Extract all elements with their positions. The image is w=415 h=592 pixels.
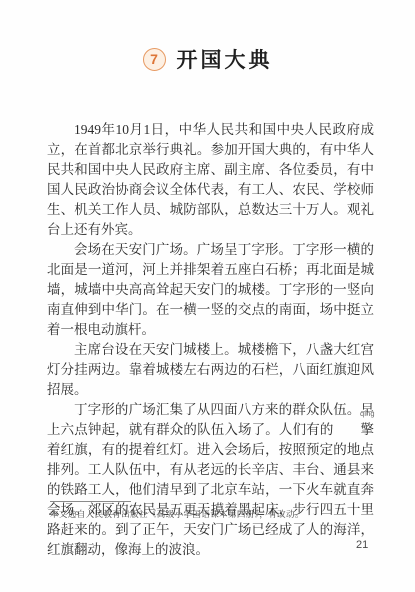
footnote-text: 本文选自人民教育出版社《高级小学国语课本第四册》，有改动。 <box>50 508 370 520</box>
ruby-annotated-char: qíng擎 <box>334 420 375 440</box>
lesson-body: 1949年10月1日，中华人民共和国中央人民政府成立，在首都北京举行典礼。参加开… <box>47 120 374 560</box>
lesson-header: 7 开国大典 <box>0 44 415 74</box>
textbook-page: 7 开国大典 1949年10月1日，中华人民共和国中央人民政府成立，在首都北京举… <box>0 0 415 592</box>
paragraph-4-text-before: 丁字形的广场汇集了从四面八方来的群众队伍。早上六点钟起，就有群众的队伍入场了。人… <box>47 402 374 437</box>
lesson-number-badge: 7 <box>143 48 166 71</box>
page-number: 21 <box>356 539 368 551</box>
footnote-divider <box>50 501 131 502</box>
paragraph-4-text-after: 着红旗，有的提着红灯。进入会场后，按照预定的地点排列。工人队伍中，有从老远的长辛… <box>47 442 374 557</box>
lesson-title: 开国大典 <box>177 44 273 74</box>
ruby-base-char: 擎 <box>361 422 375 437</box>
paragraph-1: 1949年10月1日，中华人民共和国中央人民政府成立，在首都北京举行典礼。参加开… <box>47 120 374 240</box>
paragraph-4: 丁字形的广场汇集了从四面八方来的群众队伍。早上六点钟起，就有群众的队伍入场了。人… <box>47 400 374 560</box>
paragraph-2: 会场在天安门广场。广场呈丁字形。丁字形一横的北面是一道河，河上并排架着五座白石桥… <box>47 240 374 340</box>
pinyin-annotation: qíng <box>333 410 375 418</box>
paragraph-3: 主席台设在天安门城楼上。城楼檐下，八盏大红宫灯分挂两边。靠着城楼左右两边的石栏，… <box>47 340 374 400</box>
